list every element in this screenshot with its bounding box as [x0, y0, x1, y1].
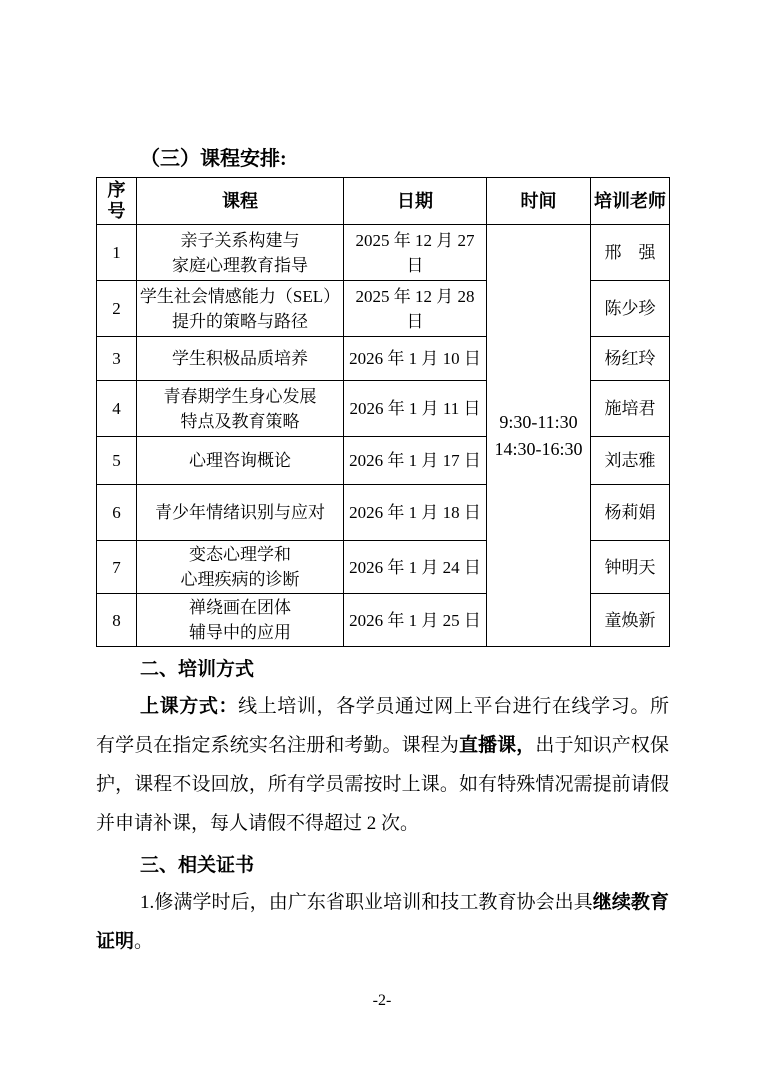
row-number-cell: 7 [97, 541, 137, 594]
course-date-cell: 2026 年 1 月 18 日 [344, 485, 487, 541]
teacher-name-cell: 杨红玲 [591, 337, 670, 381]
header-cell-date: 日期 [344, 178, 487, 225]
course-name-cell: 禅绕画在团体 辅导中的应用 [137, 594, 344, 647]
course-name-cell: 青春期学生身心发展 特点及教育策略 [137, 381, 344, 437]
course-name-cell: 学生社会情感能力（SEL） 提升的策略与路径 [137, 281, 344, 337]
header-cell-time: 时间 [487, 178, 591, 225]
header-cell-teacher: 培训老师 [591, 178, 670, 225]
row-number-cell: 3 [97, 337, 137, 381]
teacher-name-cell: 邢 强 [591, 225, 670, 281]
course-schedule-table: 序 号 课程 日期 时间 培训老师 1亲子关系构建与 家庭心理教育指导2025 … [96, 177, 670, 647]
table-header-row: 序 号 课程 日期 时间 培训老师 [97, 178, 670, 225]
course-date-cell: 2026 年 1 月 17 日 [344, 437, 487, 485]
paragraph-training-method: 上课方式：线上培训，各学员通过网上平台进行在线学习。所有学员在指定系统实名注册和… [96, 687, 669, 843]
course-row-1: 1亲子关系构建与 家庭心理教育指导2025 年 12 月 27 日9:30-11… [97, 225, 670, 281]
course-name-cell: 心理咨询概论 [137, 437, 344, 485]
course-name-cell: 学生积极品质培养 [137, 337, 344, 381]
teacher-name-cell: 钟明天 [591, 541, 670, 594]
document-page: （三）课程安排: 序 号 课程 日期 时间 培训老师 1亲子关系构建与 家庭心理… [0, 0, 764, 1080]
course-date-cell: 2026 年 1 月 24 日 [344, 541, 487, 594]
course-name-cell: 亲子关系构建与 家庭心理教育指导 [137, 225, 344, 281]
paragraph-certificates: 1.修满学时后，由广东省职业培训和技工教育协会出具继续教育证明。 [96, 883, 669, 961]
teacher-name-cell: 陈少珍 [591, 281, 670, 337]
course-date-cell: 2026 年 1 月 11 日 [344, 381, 487, 437]
course-date-cell: 2025 年 12 月 28 日 [344, 281, 487, 337]
teacher-name-cell: 杨莉娟 [591, 485, 670, 541]
teacher-name-cell: 刘志雅 [591, 437, 670, 485]
row-number-cell: 1 [97, 225, 137, 281]
text-segment: 。 [134, 931, 153, 952]
row-number-cell: 5 [97, 437, 137, 485]
course-date-cell: 2026 年 1 月 10 日 [344, 337, 487, 381]
course-date-cell: 2026 年 1 月 25 日 [344, 594, 487, 647]
row-number-cell: 2 [97, 281, 137, 337]
time-merged-cell: 9:30-11:30 14:30-16:30 [487, 225, 591, 647]
teacher-name-cell: 童焕新 [591, 594, 670, 647]
teacher-name-cell: 施培君 [591, 381, 670, 437]
text-segment: 1.修满学时后，由广东省职业培训和技工教育协会出具 [140, 892, 593, 913]
row-number-cell: 6 [97, 485, 137, 541]
table-body: 1亲子关系构建与 家庭心理教育指导2025 年 12 月 27 日9:30-11… [97, 225, 670, 647]
row-number-cell: 8 [97, 594, 137, 647]
header-cell-course: 课程 [137, 178, 344, 225]
page-content: （三）课程安排: 序 号 课程 日期 时间 培训老师 1亲子关系构建与 家庭心理… [96, 146, 669, 961]
table-header: 序 号 课程 日期 时间 培训老师 [97, 178, 670, 225]
course-name-cell: 变态心理学和 心理疾病的诊断 [137, 541, 344, 594]
course-name-cell: 青少年情绪识别与应对 [137, 485, 344, 541]
section-heading-training-method: 二、培训方式 [96, 655, 669, 685]
header-cell-number: 序 号 [97, 178, 137, 225]
section-heading-certificates: 三、相关证书 [96, 851, 669, 881]
section-title-course-schedule: （三）课程安排: [96, 146, 669, 172]
bold-text-segment: 上课方式： [140, 696, 238, 717]
page-number: -2- [0, 991, 764, 1011]
row-number-cell: 4 [97, 381, 137, 437]
bold-text-segment: 直播课， [459, 735, 535, 756]
course-date-cell: 2025 年 12 月 27 日 [344, 225, 487, 281]
